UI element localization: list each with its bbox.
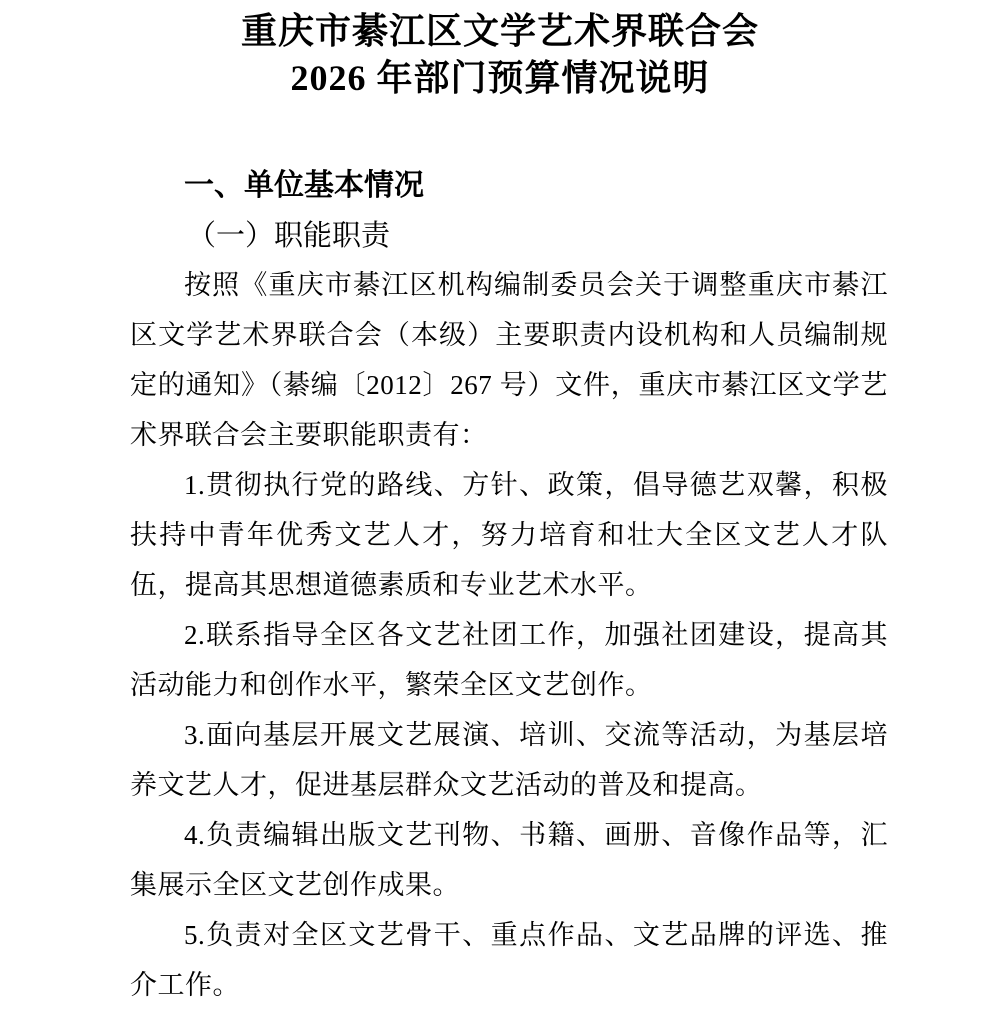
paragraph-duty-1: 1.贯彻执行党的路线、方针、政策，倡导德艺双馨，积极扶持中青年优秀文艺人才，努力… [130,460,888,610]
document-title-line1: 重庆市綦江区文学艺术界联合会 [0,8,1000,55]
document-title: 重庆市綦江区文学艺术界联合会 2026 年部门预算情况说明 [0,0,1000,102]
paragraph-duty-5: 5.负责对全区文艺骨干、重点作品、文艺品牌的评选、推介工作。 [130,910,888,1010]
paragraph-intro: 按照《重庆市綦江区机构编制委员会关于调整重庆市綦江区文学艺术界联合会（本级）主要… [130,260,888,460]
paragraph-duty-2: 2.联系指导全区各文艺社团工作，加强社团建设，提高其活动能力和创作水平，繁荣全区… [130,610,888,710]
document-body: 一、单位基本情况 （一）职能职责 按照《重庆市綦江区机构编制委员会关于调整重庆市… [0,168,1000,1010]
document-page: 重庆市綦江区文学艺术界联合会 2026 年部门预算情况说明 一、单位基本情况 （… [0,0,1000,1012]
paragraph-duty-4: 4.负责编辑出版文艺刊物、书籍、画册、音像作品等，汇集展示全区文艺创作成果。 [130,810,888,910]
paragraph-duty-3: 3.面向基层开展文艺展演、培训、交流等活动，为基层培养文艺人才，促进基层群众文艺… [130,710,888,810]
section-heading: 一、单位基本情况 [130,168,888,204]
document-title-line2: 2026 年部门预算情况说明 [0,55,1000,102]
paragraph-list: 按照《重庆市綦江区机构编制委员会关于调整重庆市綦江区文学艺术界联合会（本级）主要… [130,260,888,1010]
subsection-heading: （一）职能职责 [130,218,888,254]
